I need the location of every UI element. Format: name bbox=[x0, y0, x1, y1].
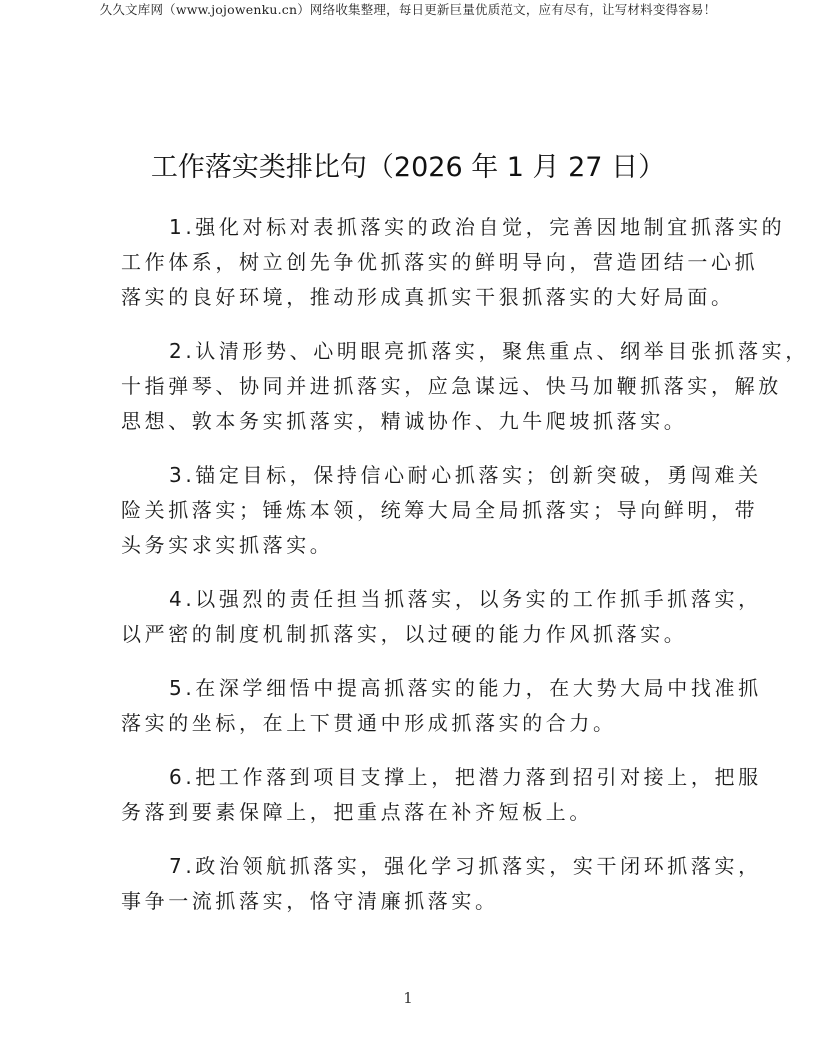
paragraph-line: 事争一流抓落实，恪守清廉抓落实。 bbox=[121, 884, 721, 919]
paragraph-7: 7.政治领航抓落实，强化学习抓落实，实干闭环抓落实， 事争一流抓落实，恪守清廉抓… bbox=[121, 849, 721, 919]
document-body: 1.强化对标对表抓落实的政治自觉，完善因地制宜抓落实的 工作体系，树立创先争优抓… bbox=[121, 210, 721, 938]
paragraph-line: 落实的良好环境，推动形成真抓实干狠抓落实的大好局面。 bbox=[121, 280, 721, 315]
paragraph-line: 落实的坐标，在上下贯通中形成抓落实的合力。 bbox=[121, 706, 721, 741]
paragraph-4: 4.以强烈的责任担当抓落实，以务实的工作抓手抓落实， 以严密的制度机制抓落实，以… bbox=[121, 582, 721, 652]
paragraph-line: 2.认清形势、心明眼亮抓落实，聚焦重点、纲举目张抓落实， bbox=[121, 334, 721, 369]
paragraph-line: 3.锚定目标，保持信心耐心抓落实；创新突破，勇闯难关 bbox=[121, 458, 721, 493]
paragraph-line: 头务实求实抓落实。 bbox=[121, 528, 721, 563]
paragraph-line: 5.在深学细悟中提高抓落实的能力，在大势大局中找准抓 bbox=[121, 671, 721, 706]
paragraph-line: 险关抓落实；锤炼本领，统筹大局全局抓落实；导向鲜明，带 bbox=[121, 493, 721, 528]
paragraph-6: 6.把工作落到项目支撑上，把潜力落到招引对接上，把服 务落到要素保障上，把重点落… bbox=[121, 760, 721, 830]
paragraph-1: 1.强化对标对表抓落实的政治自觉，完善因地制宜抓落实的 工作体系，树立创先争优抓… bbox=[121, 210, 721, 315]
paragraph-line: 4.以强烈的责任担当抓落实，以务实的工作抓手抓落实， bbox=[121, 582, 721, 617]
paragraph-line: 务落到要素保障上，把重点落在补齐短板上。 bbox=[121, 795, 721, 830]
header-banner: 久久文库网（www.jojowenku.cn）网络收集整理，每日更新巨量优质范文… bbox=[0, 2, 816, 18]
paragraph-line: 思想、敦本务实抓落实，精诚协作、九牛爬坡抓落实。 bbox=[121, 404, 721, 439]
paragraph-line: 7.政治领航抓落实，强化学习抓落实，实干闭环抓落实， bbox=[121, 849, 721, 884]
page-number: 1 bbox=[0, 988, 816, 1008]
paragraph-2: 2.认清形势、心明眼亮抓落实，聚焦重点、纲举目张抓落实， 十指弹琴、协同并进抓落… bbox=[121, 334, 721, 439]
page-title: 工作落实类排比句（2026 年 1 月 27 日） bbox=[0, 149, 816, 187]
paragraph-line: 6.把工作落到项目支撑上，把潜力落到招引对接上，把服 bbox=[121, 760, 721, 795]
paragraph-3: 3.锚定目标，保持信心耐心抓落实；创新突破，勇闯难关 险关抓落实；锤炼本领，统筹… bbox=[121, 458, 721, 563]
paragraph-line: 工作体系，树立创先争优抓落实的鲜明导向，营造团结一心抓 bbox=[121, 245, 721, 280]
paragraph-5: 5.在深学细悟中提高抓落实的能力，在大势大局中找准抓 落实的坐标，在上下贯通中形… bbox=[121, 671, 721, 741]
paragraph-line: 1.强化对标对表抓落实的政治自觉，完善因地制宜抓落实的 bbox=[121, 210, 721, 245]
paragraph-line: 十指弹琴、协同并进抓落实，应急谋远、快马加鞭抓落实，解放 bbox=[121, 369, 721, 404]
paragraph-line: 以严密的制度机制抓落实，以过硬的能力作风抓落实。 bbox=[121, 617, 721, 652]
